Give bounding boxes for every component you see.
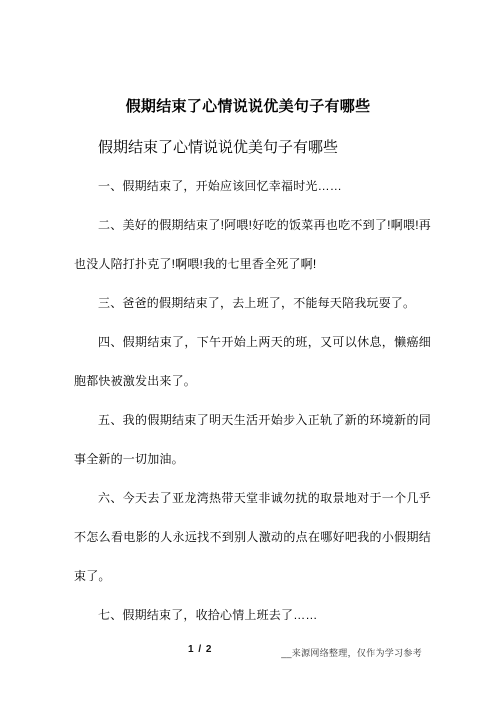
document-body: 假期结束了心情说说优美句子有哪些 一、假期结束了，开始应该回忆幸福时光…… 二、…	[74, 128, 431, 635]
paragraph-item-7: 七、假期结束了，收拾心情上班去了……	[74, 596, 431, 635]
paragraph-subtitle: 假期结束了心情说说优美句子有哪些	[74, 128, 431, 167]
footer-source-note: __来源网络整理，仅作为学习参考	[281, 646, 422, 659]
paragraph-item-6: 六、今天去了亚龙湾热带天堂非诚勿扰的取景地对于一个几乎不怎么看电影的人永远找不到…	[74, 479, 431, 596]
paragraph-item-2: 二、美好的假期结束了!阿喂!好吃的饭菜再也吃不到了!啊喂!再也没人陪打扑克了!啊…	[74, 206, 431, 284]
document-title: 假期结束了心情说说优美句子有哪些	[0, 95, 496, 116]
document-page: 假期结束了心情说说优美句子有哪些 假期结束了心情说说优美句子有哪些 一、假期结束…	[0, 0, 496, 702]
paragraph-item-5: 五、我的假期结束了明天生活开始步入正轨了新的环境新的同事全新的一切加油。	[74, 401, 431, 479]
footer-page-number: 1 / 2	[188, 644, 212, 655]
paragraph-item-3: 三、爸爸的假期结束了，去上班了，不能每天陪我玩耍了。	[74, 284, 431, 323]
paragraph-item-1: 一、假期结束了，开始应该回忆幸福时光……	[74, 167, 431, 206]
paragraph-item-4: 四、假期结束了，下午开始上两天的班，又可以休息，懒癌细胞都快被激发出来了。	[74, 323, 431, 401]
